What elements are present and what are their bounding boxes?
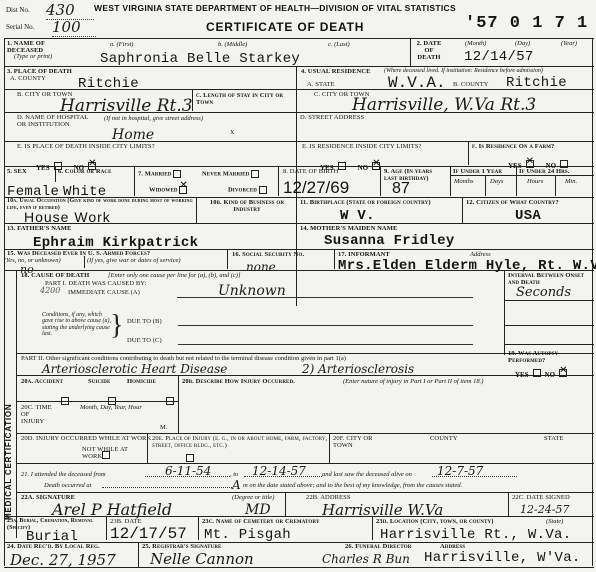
first-name-label: a. (First) xyxy=(110,41,133,48)
mother-label: 14. MOTHER'S MAIDEN NAME xyxy=(300,225,397,232)
divider xyxy=(196,197,197,223)
divider xyxy=(4,270,594,271)
conditions-text: Conditions, if any, which gave rise to a… xyxy=(42,312,112,337)
divider xyxy=(84,256,85,268)
deceased-name: Saphronia Belle Starkey xyxy=(100,52,300,66)
residence-county: Ritchie xyxy=(506,76,567,90)
degree-label: (Degree or title) xyxy=(232,494,274,501)
divider xyxy=(516,166,517,196)
divider xyxy=(134,166,135,196)
cemetery-location: Harrisville Rt., W.Va. xyxy=(380,528,571,542)
divider xyxy=(138,542,139,568)
death-county-label: a. COUNTY xyxy=(10,75,46,82)
father-value: Ephraim Kirkpatrick xyxy=(33,236,198,250)
injury-county-label: COUNTY xyxy=(430,435,458,442)
divider xyxy=(178,375,179,433)
injury-at-work-label: 20d. INJURY OCCURRED WHILE AT WORK xyxy=(21,435,151,442)
suicide-label: Suicide xyxy=(88,378,110,385)
divider xyxy=(16,375,594,376)
time-meridiem-label: M. xyxy=(160,424,168,431)
time-of-injury-hint: Month, Day, Year, Hour xyxy=(80,404,142,411)
cause-of-death-hint: [Enter only one cause per line for (a), … xyxy=(108,272,241,279)
hospital-hint: (If not in hospital, give street address… xyxy=(104,115,203,122)
ssn-label: 16. Social Security No. xyxy=(232,251,304,258)
due-to-c-label: DUE TO (c) xyxy=(127,337,162,344)
dob-label: 8. DATE OF BIRTH xyxy=(283,168,338,175)
cemetery-value: Mt. Pisgah xyxy=(204,528,291,542)
interval-value: Seconds xyxy=(516,285,571,300)
date-signed-label: 22c. DATE SIGNED xyxy=(512,494,570,501)
never-married-checkbox[interactable] xyxy=(251,170,259,178)
attended-text: 21. I attended the deceased from xyxy=(21,471,106,478)
married-checkbox[interactable] xyxy=(173,170,181,178)
hospital-mark: X xyxy=(230,130,234,136)
last-saw-text: and last saw the deceased alive on xyxy=(322,471,412,478)
divider xyxy=(504,270,505,355)
divider xyxy=(198,516,199,540)
registrar-signature-label: 25. Registrar's Signature xyxy=(142,543,221,550)
not-at-work-checkbox[interactable] xyxy=(186,454,194,462)
day-label: (Day) xyxy=(515,40,530,47)
not-at-work-label: NOT WHILE At WORK xyxy=(82,446,132,460)
business-label: 10b. Kind of Business or Industry xyxy=(200,199,294,213)
divider xyxy=(468,141,469,165)
injury-city-label: 20f. CITY or TOWN xyxy=(333,435,373,449)
middle-name-label: b. (Middle) xyxy=(218,41,247,48)
certificate-number: '57 0 1 7 1 5 8 xyxy=(465,17,596,31)
death-time-value: A xyxy=(232,478,241,492)
divider xyxy=(334,249,335,269)
divider xyxy=(192,89,193,111)
autopsy-label: 19. Was Autopsy Performed? xyxy=(508,350,592,364)
funeral-director-signature: Charles R Bun xyxy=(322,552,410,566)
street-address-label: d. STREET ADDRESS xyxy=(300,114,364,121)
war-service-label: (If yes, give war or dates of service) xyxy=(87,257,181,264)
informant-label: 17. INFORMANT xyxy=(338,251,390,258)
time-of-injury-label: 20c. TIME OF INJURY xyxy=(21,404,53,425)
medical-certification-side-label: MEDICAL CERTIFICATION xyxy=(4,340,13,520)
attended-to-label: , to xyxy=(230,471,238,478)
under-1-year-label: If Under 1 Year xyxy=(453,168,502,175)
last-name-label: c. (Last) xyxy=(328,41,350,48)
divider xyxy=(4,89,594,90)
divider xyxy=(278,166,279,196)
due-to-b-label: DUE TO (b) xyxy=(127,318,162,325)
serial-number: 100 xyxy=(52,18,96,37)
cemetery-label: 23c. Name of Cemetery or Crematory xyxy=(202,518,320,525)
describe-injury-label: 20b. Describe How Injury Occurred. xyxy=(182,378,295,385)
due-to-b-line xyxy=(178,325,473,326)
widowed-option: Widowed xyxy=(149,186,187,194)
divorced-option: Divorced xyxy=(228,186,267,194)
divider xyxy=(410,38,411,66)
residence-county-label: b. COUNTY xyxy=(453,81,489,88)
divider xyxy=(285,492,286,516)
divider xyxy=(16,401,179,402)
interval-label: Interval Between Onset and Death xyxy=(508,272,592,286)
hours-label: Hours xyxy=(527,178,543,185)
divider xyxy=(450,175,594,176)
armed-forces-label: 15. Was Deceased Ever In U. S. Armed For… xyxy=(7,250,150,257)
hospital-label: d. NAME OF HOSPITAL OR INSTITUTION xyxy=(17,114,97,128)
divider xyxy=(372,516,373,540)
divider xyxy=(4,223,594,224)
attended-to-value: 12-14-57 xyxy=(252,464,306,478)
brace-icon: } xyxy=(110,312,123,340)
birthplace-value: W V. xyxy=(340,209,375,223)
death-time-line xyxy=(102,487,232,488)
divider xyxy=(504,344,594,345)
place-of-death-label: 3. PLACE OF DEATH xyxy=(7,68,72,75)
part2-value-1: Arteriosclerotic Heart Disease xyxy=(42,362,227,376)
married-label: 7. Married xyxy=(138,170,171,177)
describe-injury-hint: (Enter nature of injury in Part I or Par… xyxy=(343,378,483,385)
cause-of-death-label: 18. CAUSE OF DEATH xyxy=(21,272,89,279)
min-label: Min. xyxy=(565,178,577,185)
injury-state-label: STATE xyxy=(544,435,563,442)
cause-code: 4200 xyxy=(40,286,60,295)
place-of-injury-label: 20e. Place of Injury (e. g., in or about… xyxy=(152,435,332,449)
divider xyxy=(504,325,594,326)
last-saw-value: 12-7-57 xyxy=(437,464,483,478)
never-married-label: Never Married xyxy=(202,170,249,177)
due-to-c-line xyxy=(178,344,473,345)
divider xyxy=(462,197,463,223)
divider xyxy=(380,166,381,196)
divider xyxy=(329,433,330,463)
attended-from-value: 6-11-54 xyxy=(165,464,211,478)
months-label: Months xyxy=(454,178,474,185)
death-occurred-statement: m on the date stated above; and to the b… xyxy=(243,482,462,489)
divider xyxy=(504,300,594,301)
age-value: 87 xyxy=(392,180,410,198)
certificate-title: CERTIFICATE OF DEATH xyxy=(206,20,364,34)
name-label: 1. NAME OF DECEASED xyxy=(7,40,67,54)
cemetery-location-label: 23d. Location (City, town, or county) xyxy=(376,518,494,525)
accident-label: 20a. Accident xyxy=(21,378,63,385)
agency-heading: WEST VIRGINIA STATE DEPARTMENT OF HEALTH… xyxy=(94,3,456,13)
widowed-label: Widowed xyxy=(149,186,178,193)
death-city-limits-label: e. IS PLACE OF DEATH INSIDE CITY LIMITS? xyxy=(17,143,155,150)
date-signed-value: 12-24-57 xyxy=(520,503,569,516)
divider xyxy=(555,175,556,196)
widowed-checkbox[interactable] xyxy=(179,186,187,194)
serial-label: Serial No. xyxy=(6,23,34,31)
death-certificate: Dist No. 430 Serial No. 100 WEST VIRGINI… xyxy=(0,0,596,572)
immediate-cause-label: IMMEDIATE CAUSE (a) xyxy=(68,289,140,296)
race-label: 6. Color or Race xyxy=(58,168,112,175)
name-sublabel: (Type or print) xyxy=(14,53,52,60)
married-option: 7. Married xyxy=(138,170,181,178)
year-label: (Year) xyxy=(561,40,577,47)
birthplace-label: 11. Birthplace (State or foreign country… xyxy=(300,199,431,206)
divider xyxy=(106,516,107,540)
dob-value: 12/27/69 xyxy=(283,178,349,198)
residence-city-limits-label: e. IS RESIDENCE INSIDE CITY LIMITS? xyxy=(302,143,422,150)
registrar-signature: Nelle Cannon xyxy=(150,550,254,568)
length-of-stay-label: c. Length of Stay in City or Town xyxy=(196,92,291,106)
divider xyxy=(4,38,594,39)
funeral-address-label: Address xyxy=(440,543,465,550)
divider xyxy=(4,567,594,568)
citizen-label: 12. Citizen of What Country? xyxy=(466,199,559,206)
divorced-label: Divorced xyxy=(228,186,257,193)
citizen-value: USA xyxy=(515,209,541,223)
divorced-checkbox[interactable] xyxy=(259,186,267,194)
autopsy-options: YES NO xyxy=(515,364,567,382)
never-married-option: Never Married xyxy=(202,170,259,178)
part2-label: PART II. Other significant conditions co… xyxy=(21,355,346,362)
farm-label: f. Is Residence On a Farm? xyxy=(472,143,554,150)
funeral-director-label: 26. Funeral Director xyxy=(345,543,411,550)
divider xyxy=(592,38,593,566)
divider xyxy=(147,433,148,463)
ssn-value: none xyxy=(246,260,276,274)
physician-address-label: 22b. ADDRESS xyxy=(306,494,351,501)
sex-label: 5. SEX xyxy=(7,168,27,175)
funeral-director-address: Harrisville, W'Va. xyxy=(424,551,581,565)
father-label: 13. FATHER'S NAME xyxy=(7,225,71,232)
date-received-label: 24. Date Rec'd. By Local Reg. xyxy=(7,543,100,550)
immediate-cause-value: Unknown xyxy=(218,283,286,299)
homicide-label: Homicide xyxy=(127,378,156,385)
date-of-death-label: 2. DATE OF DEATH xyxy=(414,40,444,61)
divider xyxy=(16,270,17,538)
divider xyxy=(485,175,486,196)
under-24-hrs-label: If Under 24 Hrs. xyxy=(519,168,570,175)
burial-date: 12/17/57 xyxy=(110,526,187,542)
burial-date-label: 23b. DATE xyxy=(110,518,142,525)
informant-address-label: Address xyxy=(470,251,491,258)
dist-label: Dist No. xyxy=(6,6,30,14)
days-label: Days xyxy=(490,178,503,185)
cemetery-state-label: (State) xyxy=(546,518,563,525)
residence-state-label: a. STATE xyxy=(307,81,335,88)
divider xyxy=(227,249,228,269)
death-occurred-text: Death occurred at xyxy=(44,482,91,489)
part2-value-2: 2) Arteriosclerosis xyxy=(302,362,414,376)
mother-value: Susanna Fridley xyxy=(324,234,455,248)
usual-residence-label: 4. USUAL RESIDENCE xyxy=(301,68,371,75)
date-of-death: 12/14/57 xyxy=(464,50,534,64)
divider xyxy=(450,166,451,196)
divider xyxy=(508,492,509,516)
month-label: (Month) xyxy=(465,40,486,47)
divider xyxy=(55,166,56,182)
